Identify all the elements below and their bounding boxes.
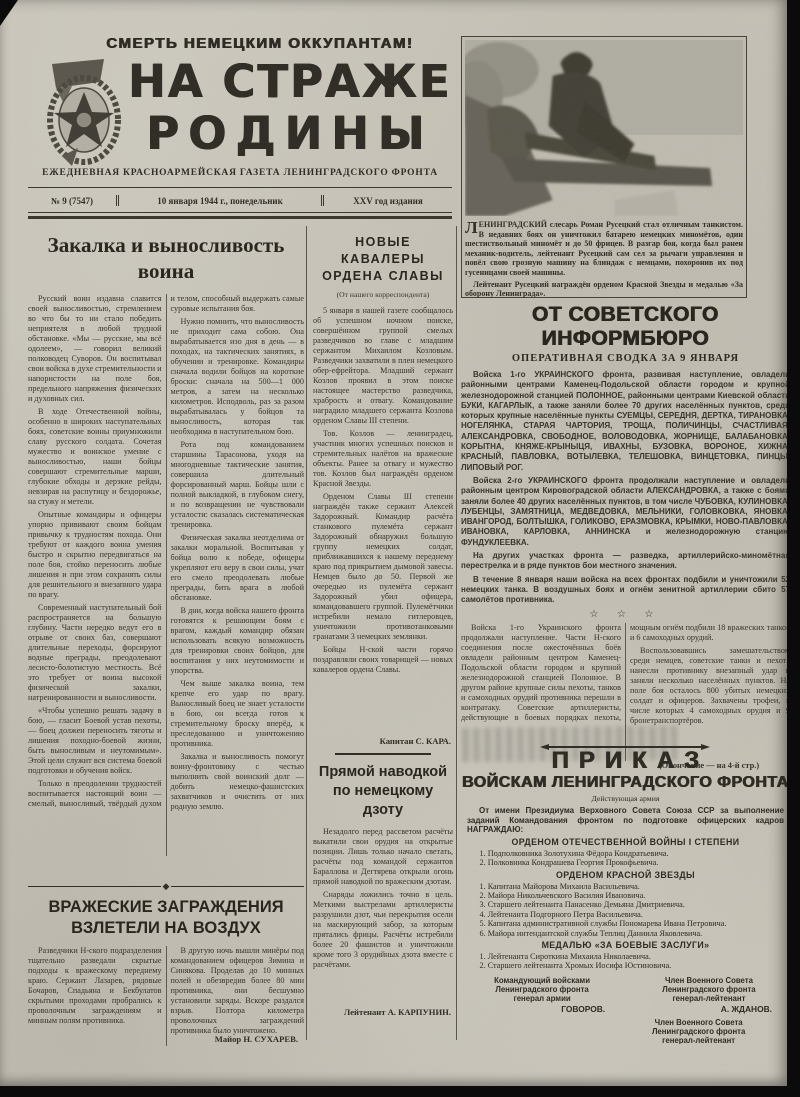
newspaper-page: СМЕРТЬ НЕМЕЦКИМ ОККУПАНТАМ! НА СТРАЖЕ РО… [0,0,800,1097]
article-paragraph: В ходе Отечественной войны, особенно в ш… [28,407,162,507]
svodka-paragraph: Воспользовавшись замешательством среди н… [630,646,787,726]
active-army-note: Действующая армия [461,794,787,803]
article-paragraph: Нужно помнить, что выносливость не прихо… [171,317,305,437]
signature-zhdanov: Член Военного СоветаЛенинградского фронт… [638,976,780,1014]
signature-govorov: Командующий войскамиЛенинградского фронт… [471,976,613,1014]
sovinformburo-headline: ОТ СОВЕТСКОГО ИНФОРМБЮРО [461,303,787,351]
photo-caption-text: ЛЕНИНГРАДСКИЙ слесарь Роман Русецкий ста… [465,220,743,278]
signature-line: генерал-лейтенант [632,1036,765,1044]
award-recipient: 1. Лейтенанта Сироткина Михаила Николаев… [476,952,776,961]
signature-line: Ленинградского фронта [638,985,780,994]
article-paragraph: Современный наступательный бой распростр… [28,603,162,703]
order-signatures: Командующий войскамиЛенинградского фронт… [471,976,780,1014]
svodka-paragraph: Войска 1-го УКРАИНСКОГО фронта, развивая… [461,370,787,473]
article-paragraph: 5 января в нашей газете сообщалось об ус… [313,306,453,426]
signature-line: А. ЖДАНОВ. [638,1005,780,1014]
award-recipient: 1. Капитана Майорова Михаила Васильевича… [476,882,776,891]
divider-line [28,886,161,888]
divider-line [171,886,304,888]
award-recipient: 4. Лейтенанта Подгорного Петра Васильеви… [476,910,776,919]
signature-line: Ленинградского фронта [471,985,613,994]
article-dzot-headline: Прямой наводкой по немецкому дзоту [313,763,453,820]
article-zakalka-body: Русский воин издавна славится своей выно… [28,294,304,856]
award-recipient: 2. Полковника Кондрашева Георгия Прокофь… [476,858,776,867]
article-paragraph: В дни, когда войска нашего фронта готовя… [171,606,305,676]
signature-line: Член Военного Совета [638,976,780,985]
title-line-2: РОДИНЫ [126,108,454,160]
article-paragraph: Физическая закалка неотделима от закалки… [171,533,305,603]
three-stars-divider-icon: ☆ ☆ ☆ [461,609,787,620]
svodka-paragraph: Войска 2-го УКРАИНСКОГО фронта продолжал… [461,476,787,548]
article-zagrazhdeniya-headline: ВРАЖЕСКИЕ ЗАГРАЖДЕНИЯ ВЗЛЕТЕЛИ НА ВОЗДУХ [28,897,304,939]
article-zagrazhdeniya-byline: Майор Н. СУХАРЕВ. [28,1034,304,1044]
award-recipient: 5. Капитана административной службы Поно… [476,919,776,928]
death-to-occupants-slogan: СМЕРТЬ НЕМЕЦКИМ ОККУПАНТАМ! [95,35,425,52]
award-list-patriotic-war: 1. Подполковника Золотухина Фёдора Кондр… [476,849,776,868]
article-zagrazhdeniya-body: Разведчики Н-ского подразделения тщатель… [28,946,304,1046]
column-rule-left-mid [306,226,307,1040]
signature-line: ГОВОРОВ. [471,1005,613,1014]
middle-column-rule [335,753,431,755]
scan-corner-shadow [0,0,18,26]
svodka-paragraph: В течение 8 января наши войска на всех ф… [461,575,787,606]
award-recipient: 2. Старшего лейтенанта Хромых Иосифа Юст… [476,961,776,970]
order-intro: От имени Президиума Верховного Совета Со… [467,806,784,835]
article-zakalka-headline: Закалка и выносливость воина [28,232,304,284]
diamond-divider: ◆ [28,882,304,891]
article-paragraph: Закалка и выносливость помогут воину-фро… [171,752,305,812]
article-dzot-byline: Лейтенант А. КАРПУНИН. [313,1007,451,1017]
signature-line: генерал армии [471,994,613,1003]
article-paragraph: Орденом Славы III степени награждён такж… [313,492,453,642]
award-recipient: 2. Майора Никольчевского Василия Иванови… [476,891,776,900]
award-section-heading: ОРДЕНОМ ОТЕЧЕСТВЕННОЙ ВОЙНЫ I СТЕПЕНИ [461,837,787,848]
signature-line: Командующий войсками [471,976,613,985]
award-list-red-star: 1. Капитана Майорова Михаила Васильевича… [476,882,776,938]
article-kavalery-headline: НОВЫЕ КАВАЛЕРЫ ОРДЕНА СЛАВЫ [313,234,453,285]
article-dzot-body: Незадолго перед рассветом расчёты выкати… [313,827,453,1005]
signature-kuznetsov-wrap: Член Военного СоветаЛенинградского фронт… [632,1018,780,1044]
award-recipient: 3. Старшего лейтенанта Панасенко Демьяна… [476,900,776,909]
newspaper-title: НА СТРАЖЕ РОДИНЫ [126,56,454,160]
signature-line: Ленинградского фронта [632,1027,765,1036]
article-paragraph: Чем выше закалка воина, тем крепче его у… [171,679,305,749]
svodka-paragraph: На других участках фронта — разведка, ар… [461,551,787,572]
article-paragraph: Тов. Козлов — ленинградец, участник мног… [313,429,453,489]
masthead-thick-rule [28,216,452,219]
sovinformburo-section: ОТ СОВЕТСКОГО ИНФОРМБЮРО ОПЕРАТИВНАЯ СВО… [461,303,787,770]
diamond-icon: ◆ [161,882,172,891]
sovinformburo-subhead: ОПЕРАТИВНАЯ СВОДКА ЗА 9 ЯНВАРЯ [461,353,787,364]
article-paragraph: «Чтобы успешно решать задачу в бою, — гл… [28,706,162,776]
sovinformburo-body: Войска 1-го УКРАИНСКОГО фронта, развивая… [461,370,787,606]
edition-year: XXV год издания [324,195,452,206]
article-paragraph: Опытные командиры и офицеры упорно приви… [28,510,162,600]
issue-number: № 9 (7547) [28,195,116,206]
order-subtitle: ВОЙСКАМ ЛЕНИНГРАДСКОГО ФРОНТА [461,773,787,792]
article-paragraph: Разведчики Н-ского подразделения тщатель… [28,946,162,1026]
middle-column: НОВЫЕ КАВАЛЕРЫ ОРДЕНА СЛАВЫ (От нашего к… [313,226,453,1041]
issue-date: 10 января 1944 г., понедельник [116,195,324,206]
signature-kuznetsov: Член Военного СоветаЛенинградского фронт… [632,1018,765,1044]
photo-caption: ЛЕНИНГРАДСКИЙ слесарь Роман Русецкий ста… [465,220,743,299]
award-recipient: 6. Майора интендантской службы Теплиц Да… [476,929,776,938]
order-title: ПРИКАЗ [461,748,787,773]
article-zagrazhdeniya: ВРАЖЕСКИЕ ЗАГРАЖДЕНИЯ ВЗЛЕТЕЛИ НА ВОЗДУХ… [28,893,304,1044]
photo-box: ЛЕНИНГРАДСКИЙ слесарь Роман Русецкий ста… [461,36,747,298]
newspaper-subtitle: ЕЖЕДНЕВНАЯ КРАСНОАРМЕЙСКАЯ ГАЗЕТА ЛЕНИНГ… [26,168,454,178]
article-kavalery: НОВЫЕ КАВАЛЕРЫ ОРДЕНА СЛАВЫ (От нашего к… [313,234,453,746]
article-paragraph: Бойцы Н-ской части горячо поздравляли св… [313,645,453,675]
article-zakalka: Закалка и выносливость воина Русский вои… [28,226,304,856]
award-list-combat-merit: 1. Лейтенанта Сироткина Михаила Николаев… [476,952,776,971]
award-recipient: 1. Подполковника Золотухина Фёдора Кондр… [476,849,776,858]
article-paragraph: В другую ночь вышли минёры под командова… [171,946,305,1036]
column-rule-mid-right [456,226,457,1040]
award-section-heading: МЕДАЛЬЮ «ЗА БОЕВЫЕ ЗАСЛУГИ» [461,940,787,951]
signature-line: генерал-лейтенант [638,994,780,1003]
article-kavalery-kicker: (От нашего корреспондента) [313,290,453,299]
dateline-bar: № 9 (7547) 10 января 1944 г., понедельни… [28,187,452,213]
title-line-1: НА СТРАЖЕ [126,56,454,108]
article-paragraph: Русский воин издавна славится своей выно… [28,294,162,404]
award-section-heading: ОРДЕНОМ КРАСНОЙ ЗВЕЗДЫ [461,870,787,881]
photo-caption-award-line: Лейтенант Русецкий награждён орденом Кра… [465,280,743,299]
article-paragraph: Снаряды ложились точно в цель. Меткими в… [313,890,453,970]
article-dzot: Прямой наводкой по немецкому дзоту Незад… [313,763,453,1017]
tankman-photo [465,40,743,216]
article-kavalery-body: 5 января в нашей газете сообщалось об ус… [313,306,453,734]
article-kavalery-byline: Капитан С. КАРА. [313,736,451,746]
article-paragraph: Незадолго перед рассветом расчёты выкати… [313,827,453,887]
signature-line: Член Военного Совета [632,1018,765,1027]
front-order-section: ПРИКАЗ ВОЙСКАМ ЛЕНИНГРАДСКОГО ФРОНТА Дей… [461,748,787,1044]
order-of-red-banner-emblem-icon [40,56,128,168]
article-paragraph: Рота под командованием старшины Тарасоно… [171,440,305,530]
newsprint-sheet: СМЕРТЬ НЕМЕЦКИМ ОККУПАНТАМ! НА СТРАЖЕ РО… [0,0,787,1086]
